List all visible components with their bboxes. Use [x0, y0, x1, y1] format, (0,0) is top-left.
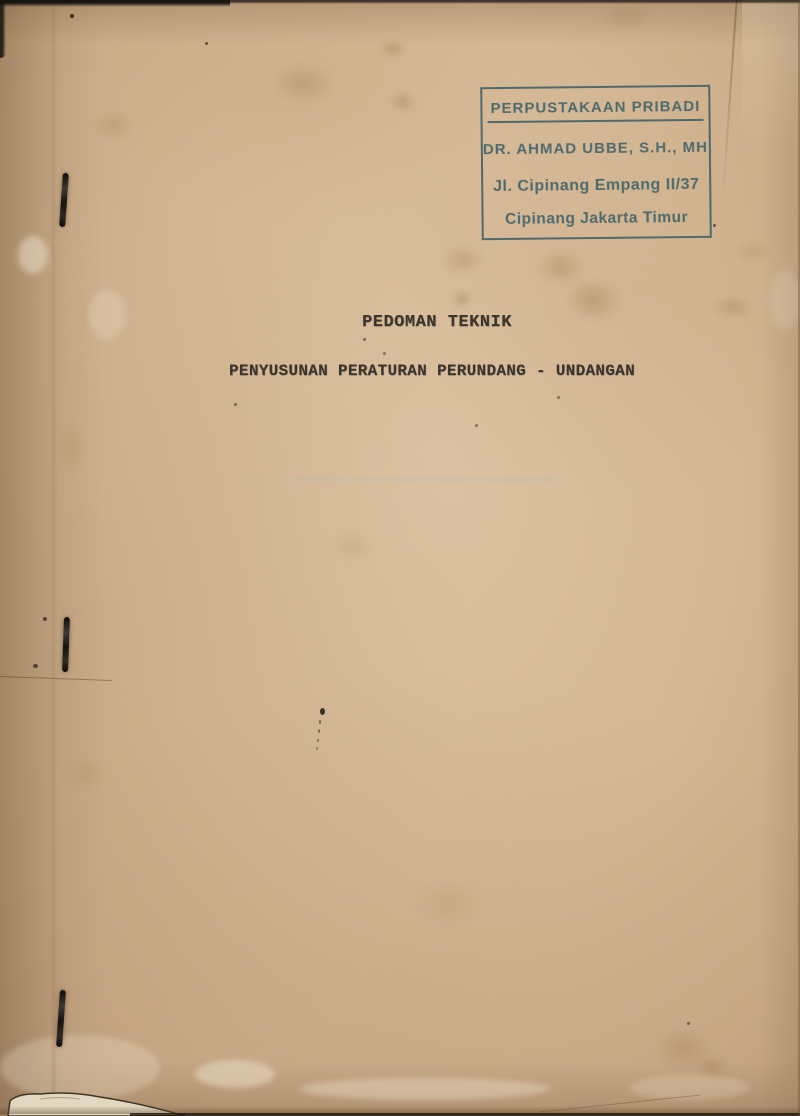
ink-fleck — [43, 617, 47, 621]
ink-fleck — [205, 42, 208, 45]
stain — [92, 110, 134, 140]
ink-fleck — [713, 224, 716, 227]
ink-fleck — [234, 403, 237, 406]
stain — [600, 4, 655, 30]
stain — [390, 92, 416, 112]
ink-fleck — [557, 396, 560, 399]
faint-streak — [295, 478, 555, 481]
stamp-owner-name: DR. AHMAD UBBE, S.H., MH. — [483, 139, 709, 158]
stain — [380, 40, 406, 58]
scan-edge-top-left — [0, 0, 230, 7]
crease-line — [721, 0, 738, 206]
worn-patch — [18, 236, 48, 274]
stamp-address-city: Cipinang Jakarta Timur — [484, 209, 710, 229]
stamp-owner-type: PERPUSTAKAAN PRIBADI — [482, 98, 708, 123]
stamp-address-street: Jl. Cipinang Empang II/37 — [483, 176, 709, 196]
worn-patch — [300, 1078, 550, 1100]
stain — [330, 530, 374, 562]
staple — [59, 173, 69, 227]
staple — [62, 617, 70, 672]
worn-patch — [195, 1060, 275, 1088]
ink-fleck — [33, 664, 38, 668]
scratch-mark — [317, 739, 319, 742]
scratch-mark — [320, 708, 325, 715]
scanned-document-cover: PERPUSTAKAAN PRIBADI DR. AHMAD UBBE, S.H… — [0, 0, 800, 1116]
stain — [452, 290, 472, 308]
crease-line — [0, 676, 112, 681]
page-edge-sheen — [742, 0, 800, 150]
ink-fleck — [70, 14, 74, 18]
ink-fleck — [687, 1022, 690, 1025]
stain — [410, 880, 485, 928]
scratch-mark — [316, 747, 318, 750]
scan-edge-left — [0, 0, 6, 58]
stain — [272, 62, 334, 104]
document-title-line1: PEDOMAN TEKNIK — [37, 313, 800, 332]
stain — [440, 244, 486, 276]
stain — [695, 1055, 729, 1079]
library-stamp: PERPUSTAKAAN PRIBADI DR. AHMAD UBBE, S.H… — [480, 85, 712, 240]
ink-fleck — [363, 338, 366, 341]
ink-fleck — [383, 352, 386, 355]
stain — [735, 240, 771, 262]
scratch-mark — [318, 729, 320, 733]
fold-line — [52, 0, 56, 1116]
ink-fleck — [475, 424, 478, 427]
scratch-mark — [319, 720, 321, 724]
stain — [55, 420, 85, 475]
document-title-line2: PENYUSUNAN PERATURAN PERUNDANG - UNDANGA… — [32, 362, 800, 380]
stain — [60, 755, 110, 791]
